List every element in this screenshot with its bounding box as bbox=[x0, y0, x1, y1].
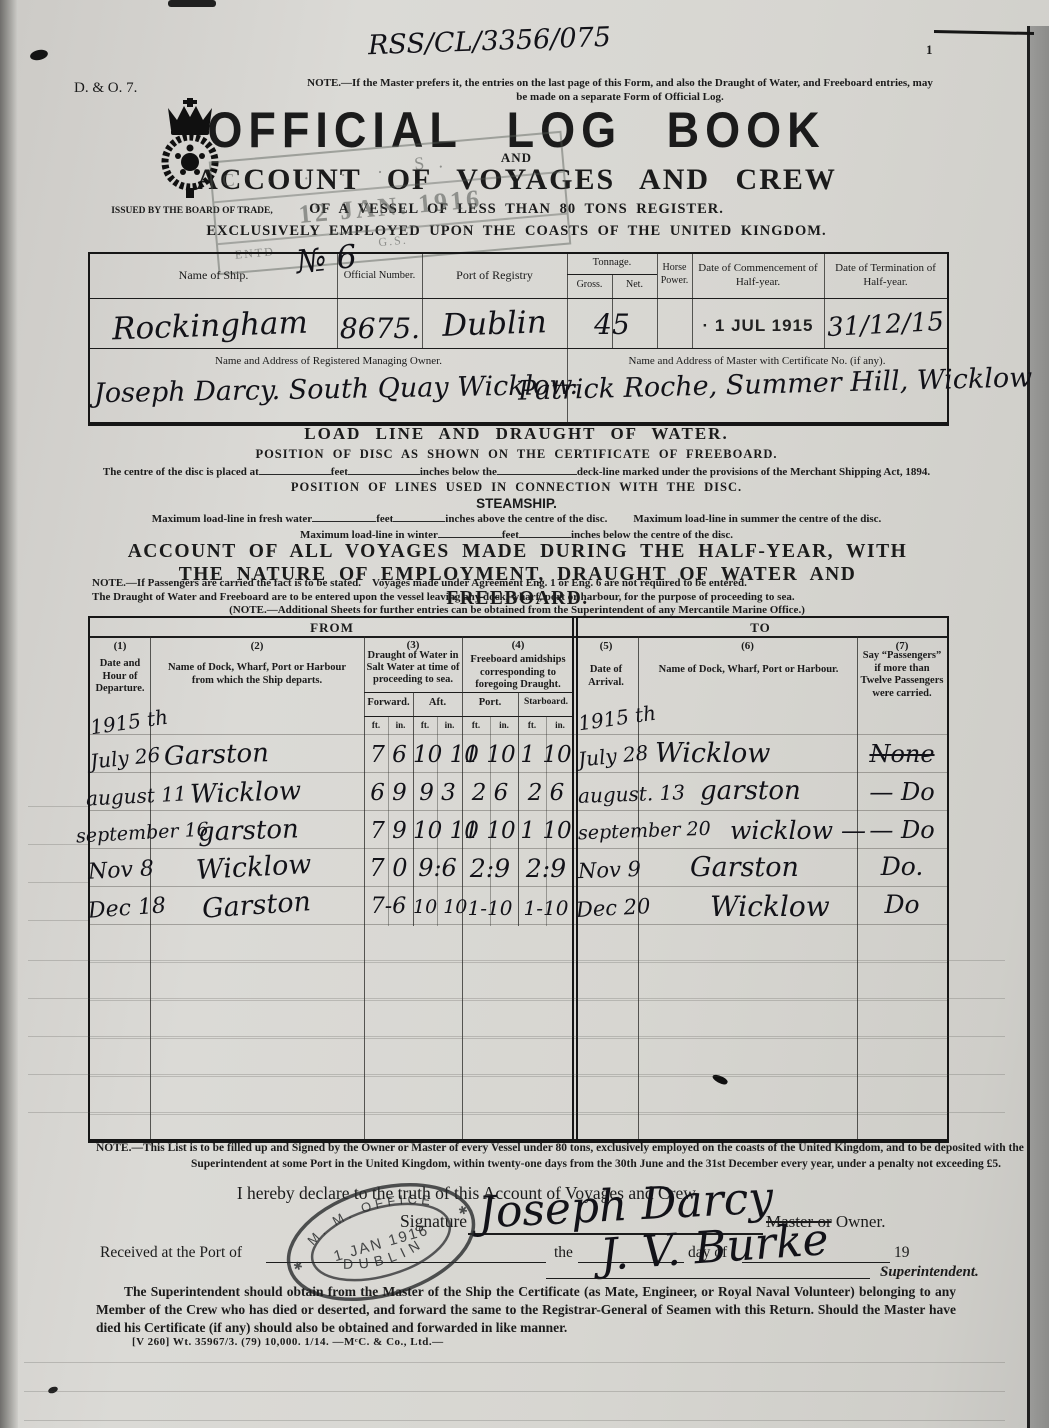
draught-aft: 10 10 bbox=[413, 742, 462, 768]
voyage-row: august 11 Wicklow 6 9 9 3 2 6 2 6 august… bbox=[90, 774, 947, 812]
ft-label: ft. bbox=[364, 720, 388, 730]
header-commencement: Date of Commencement of Half-year. bbox=[694, 262, 822, 290]
page-number: 1 bbox=[926, 42, 933, 58]
draught-aft: 10 10 bbox=[413, 818, 462, 844]
blank-field bbox=[312, 510, 376, 522]
page-edge-right bbox=[1027, 26, 1049, 1428]
voyage-row: July 26 Garston 7 6 10 10 1 10 1 10 July… bbox=[90, 736, 947, 774]
form-code: D. & O. 7. bbox=[74, 80, 137, 97]
freeboard-starboard: 1 10 bbox=[518, 818, 574, 844]
passengers-entry: None bbox=[858, 740, 946, 768]
blank-field bbox=[393, 510, 445, 522]
draught-forward: 7 9 bbox=[364, 818, 413, 844]
freeboard-port: 2:9 bbox=[462, 854, 518, 883]
header-tonnage: Tonnage. bbox=[567, 257, 657, 268]
to-port: Garston bbox=[690, 852, 799, 883]
page-edge-left bbox=[0, 0, 18, 1428]
voyages-note1: NOTE.—If Passengers are carried the fact… bbox=[92, 576, 942, 590]
draught-aft: 9 3 bbox=[413, 780, 462, 806]
aft-subheader: Aft. bbox=[413, 697, 462, 708]
draught-forward: 6 9 bbox=[364, 780, 413, 806]
to-port: Wicklow bbox=[655, 738, 770, 769]
ft-label: ft. bbox=[413, 720, 437, 730]
owner-word: Owner. bbox=[836, 1212, 886, 1231]
summer-line: Maximum load-line in summer the centre o… bbox=[633, 513, 881, 525]
feet-word: feet bbox=[376, 513, 393, 525]
in-label: in. bbox=[437, 720, 462, 730]
col2-header: Name of Dock, Wharf, Port or Harbour fro… bbox=[162, 662, 352, 687]
freeboard-port: 2 6 bbox=[462, 780, 518, 806]
footer-note: NOTE.—This List is to be filled up and S… bbox=[96, 1141, 1039, 1172]
freeboard-starboard: 1-10 bbox=[518, 896, 574, 920]
header-gross: Gross. bbox=[567, 279, 612, 290]
round-stamp-star: ✱ bbox=[292, 1260, 304, 1274]
to-port: Wicklow bbox=[710, 890, 830, 923]
col6-number: (6) bbox=[638, 640, 857, 652]
header-port-of-registry: Port of Registry bbox=[422, 268, 567, 283]
col4-number: (4) bbox=[462, 639, 574, 651]
draught-aft: 10 10 bbox=[413, 896, 462, 918]
freeboard-starboard: 1 10 bbox=[518, 742, 574, 768]
page-top-edge bbox=[934, 30, 1034, 35]
to-year-annotation: 1915 th bbox=[577, 701, 658, 736]
header-termination: Date of Termination of Half-year. bbox=[826, 262, 945, 290]
from-date: Nov 8 bbox=[87, 856, 154, 884]
col3-header: Draught of Water in Salt Water at time o… bbox=[366, 650, 460, 686]
passengers-entry: Do bbox=[858, 890, 946, 919]
value-commencement-stamp: · 1 JUL 1915 bbox=[692, 316, 824, 336]
to-date: august. 13 bbox=[578, 780, 686, 808]
from-port: Wicklow bbox=[190, 776, 302, 810]
scanned-log-book-page: RSS/CL/3356/075 1 D. & O. 7. NOTE.—If th… bbox=[0, 0, 1049, 1428]
blank-field bbox=[519, 526, 571, 538]
disc-centre-line: The centre of the disc is placed atfeeti… bbox=[88, 463, 945, 479]
to-port: wicklow — bbox=[730, 816, 866, 845]
passengers-entry: Do. bbox=[858, 852, 946, 881]
col1-number: (1) bbox=[90, 640, 150, 652]
in-label: in. bbox=[388, 720, 413, 730]
value-managing-owner: Joseph Darcy. South Quay Wicklow. bbox=[94, 370, 578, 409]
printer-imprint: [V 260] Wt. 35967/3. (79) 10,000. 1/14. … bbox=[132, 1336, 444, 1348]
ship-info-table: Name of Ship. Official Number. Port of R… bbox=[88, 252, 949, 426]
to-date: Nov 9 bbox=[578, 857, 642, 883]
from-date: august 11 bbox=[85, 781, 187, 810]
voyage-row: september 16 garston 7 9 10 10 1 10 1 10… bbox=[90, 812, 947, 850]
freeboard-port: 1 10 bbox=[462, 742, 518, 768]
from-date: July 26 bbox=[89, 742, 162, 773]
binding-hole bbox=[47, 1385, 58, 1394]
blank-field bbox=[348, 463, 420, 475]
superintendent-label: Superintendent. bbox=[880, 1264, 979, 1281]
from-port: Garston bbox=[201, 886, 312, 925]
received-at-port-label: Received at the Port of bbox=[100, 1244, 242, 1262]
draught-aft: 9:6 bbox=[413, 854, 462, 882]
from-port: garston bbox=[198, 814, 300, 847]
starboard-subheader: Starboard. bbox=[518, 697, 574, 707]
value-ship-name: Rockingham bbox=[89, 304, 330, 348]
feet-word: feet bbox=[331, 466, 348, 478]
passengers-entry: — Do bbox=[858, 778, 946, 806]
col4-header: Freeboard amidships corresponding to for… bbox=[465, 654, 571, 692]
load-line-subtitle: POSITION OF DISC AS SHOWN ON THE CERTIFI… bbox=[88, 447, 945, 462]
from-band-label: FROM bbox=[90, 620, 574, 636]
port-subheader: Port. bbox=[462, 697, 518, 708]
steamship-title: STEAMSHIP. bbox=[88, 496, 945, 511]
from-date: september 16 bbox=[76, 819, 210, 848]
to-date: Dec 20 bbox=[575, 894, 651, 922]
scan-artifact bbox=[168, 0, 216, 7]
disc-centre-p1: The centre of the disc is placed at bbox=[103, 466, 259, 478]
freeboard-port: 1 10 bbox=[462, 818, 518, 844]
col2-number: (2) bbox=[150, 640, 364, 652]
col5-header: Date of Arrival. bbox=[576, 664, 636, 689]
blank-field bbox=[497, 463, 577, 475]
draught-forward: 7 0 bbox=[364, 854, 413, 882]
col7-header: Say “Passengers” if more than Twelve Pas… bbox=[859, 650, 945, 700]
the-word: the bbox=[554, 1244, 573, 1262]
fresh-p1: Maximum load-line in fresh water bbox=[152, 513, 313, 525]
ft-label: ft. bbox=[518, 720, 546, 730]
value-master: Patrick Roche, Summer Hill, Wicklow bbox=[518, 362, 1033, 406]
value-termination: 31/12/15 bbox=[823, 307, 947, 343]
header-net: Net. bbox=[612, 279, 657, 290]
voyage-row: Nov 8 Wicklow 7 0 9:6 2:9 2:9 Nov 9 Gars… bbox=[90, 850, 947, 888]
col1-header: Date and Hour of Departure. bbox=[92, 658, 148, 696]
col6-header: Name of Dock, Wharf, Port or Harbour. bbox=[642, 664, 855, 677]
superintendent-paragraph: The Superintendent should obtain from th… bbox=[96, 1283, 956, 1338]
fresh-p3: inches above the centre of the disc. bbox=[445, 513, 607, 525]
voyage-table: FROM TO (1) (2) (3) (4) (5) (6) (7) Date… bbox=[88, 616, 949, 1143]
freeboard-port: 1-10 bbox=[462, 896, 518, 920]
col5-number: (5) bbox=[574, 640, 638, 652]
to-band-label: TO bbox=[574, 620, 947, 636]
header-horse-power: Horse Power. bbox=[656, 262, 693, 287]
position-of-lines-title: POSITION OF LINES USED IN CONNECTION WIT… bbox=[88, 480, 945, 495]
value-tonnage: 45 bbox=[567, 308, 657, 341]
from-port: Garston bbox=[164, 738, 270, 772]
blank-field bbox=[259, 463, 331, 475]
from-port: Wicklow bbox=[195, 849, 312, 886]
date-stamp-bottom-right: G.S. bbox=[378, 233, 409, 251]
fresh-water-line: Maximum load-line in fresh waterfeetinch… bbox=[88, 510, 945, 526]
year-19-label: 19 bbox=[894, 1244, 910, 1262]
draught-forward: 7-6 bbox=[364, 894, 413, 919]
from-date: Dec 18 bbox=[87, 893, 167, 923]
freeboard-starboard: 2 6 bbox=[518, 780, 574, 806]
ft-label: ft. bbox=[462, 720, 490, 730]
to-date: July 28 bbox=[577, 740, 650, 771]
passengers-entry: — Do bbox=[858, 816, 946, 844]
blank-field bbox=[438, 526, 502, 538]
load-line-title: LOAD LINE AND DRAUGHT OF WATER. bbox=[88, 424, 945, 444]
ship-name-annotation: № 6 bbox=[294, 237, 358, 281]
to-port: garston bbox=[700, 776, 801, 806]
in-label: in. bbox=[490, 720, 518, 730]
value-port-of-registry: Dublin bbox=[421, 303, 567, 344]
binding-hole bbox=[29, 48, 49, 62]
forward-subheader: Forward. bbox=[364, 697, 413, 708]
in-label: in. bbox=[546, 720, 574, 730]
draught-forward: 7 6 bbox=[364, 742, 413, 768]
value-official-number: 8675. bbox=[330, 312, 430, 345]
disc-centre-p4: deck-line marked under the provisions of… bbox=[577, 466, 930, 478]
label-managing-owner: Name and Address of Registered Managing … bbox=[90, 355, 567, 367]
voyage-row: Dec 18 Garston 7-6 10 10 1-10 1-10 Dec 2… bbox=[90, 888, 947, 926]
to-date: september 20 bbox=[578, 818, 711, 845]
freeboard-starboard: 2:9 bbox=[518, 854, 574, 883]
archive-reference-code: RSS/CL/3356/075 bbox=[368, 22, 612, 61]
disc-centre-p3: inches below the bbox=[420, 466, 497, 478]
